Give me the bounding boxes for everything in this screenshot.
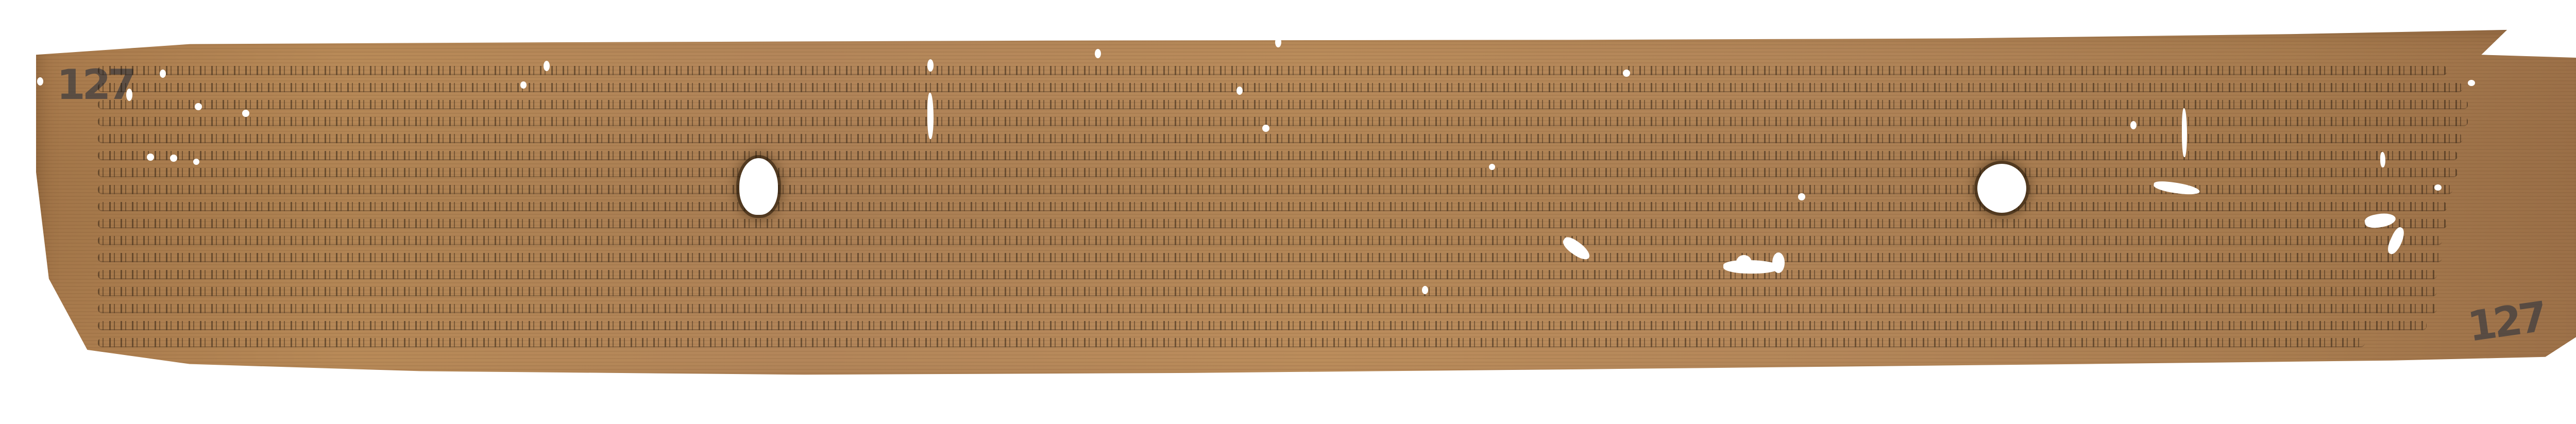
worm-hole xyxy=(1623,70,1630,77)
worm-hole xyxy=(37,77,43,86)
script-line xyxy=(98,134,2463,143)
worm-hole xyxy=(1275,37,1281,47)
script-line xyxy=(98,83,2463,92)
string-hole-right xyxy=(1977,164,2026,213)
worm-hole xyxy=(242,110,249,117)
worm-hole xyxy=(170,155,177,162)
worm-hole xyxy=(1422,286,1428,294)
worm-hole xyxy=(193,159,199,165)
worm-hole xyxy=(147,154,154,161)
manuscript-text-block xyxy=(98,66,2519,354)
palm-leaf: 127 127 xyxy=(36,30,2576,385)
script-line xyxy=(98,304,2437,313)
script-line xyxy=(98,151,2458,160)
script-line xyxy=(98,321,2427,330)
worm-hole xyxy=(2468,80,2475,86)
worm-hole xyxy=(2130,121,2137,129)
worm-hole xyxy=(126,89,132,101)
worm-hole xyxy=(160,70,166,78)
worm-hole xyxy=(195,103,202,110)
pencil-folio-mark-right: 127 xyxy=(2465,293,2547,351)
script-line xyxy=(98,168,2458,177)
worm-hole xyxy=(1798,193,1805,200)
worm-hole xyxy=(520,81,527,89)
leaf-damage xyxy=(1772,252,1785,273)
script-line xyxy=(98,287,2437,296)
script-line xyxy=(98,236,2442,245)
script-line xyxy=(98,66,2447,75)
worm-hole xyxy=(1489,164,1495,170)
script-line xyxy=(98,117,2468,126)
worm-hole xyxy=(1262,125,1269,132)
pencil-folio-mark-left: 127 xyxy=(57,61,133,109)
leaf-crack xyxy=(2380,152,2385,167)
script-line xyxy=(98,219,2447,228)
script-line xyxy=(98,202,2447,211)
script-line xyxy=(98,253,2442,262)
worm-hole xyxy=(1236,87,1243,95)
leaf-damage xyxy=(1736,255,1752,269)
script-line xyxy=(98,100,2468,109)
script-line xyxy=(98,185,2452,194)
script-line xyxy=(98,270,2437,279)
worm-hole xyxy=(544,61,550,71)
worm-hole xyxy=(927,59,934,72)
worm-hole xyxy=(1095,49,1101,58)
string-hole-left xyxy=(739,158,778,215)
worm-hole xyxy=(2434,184,2442,191)
script-line xyxy=(98,338,2365,347)
leaf-damage xyxy=(1723,260,1780,274)
